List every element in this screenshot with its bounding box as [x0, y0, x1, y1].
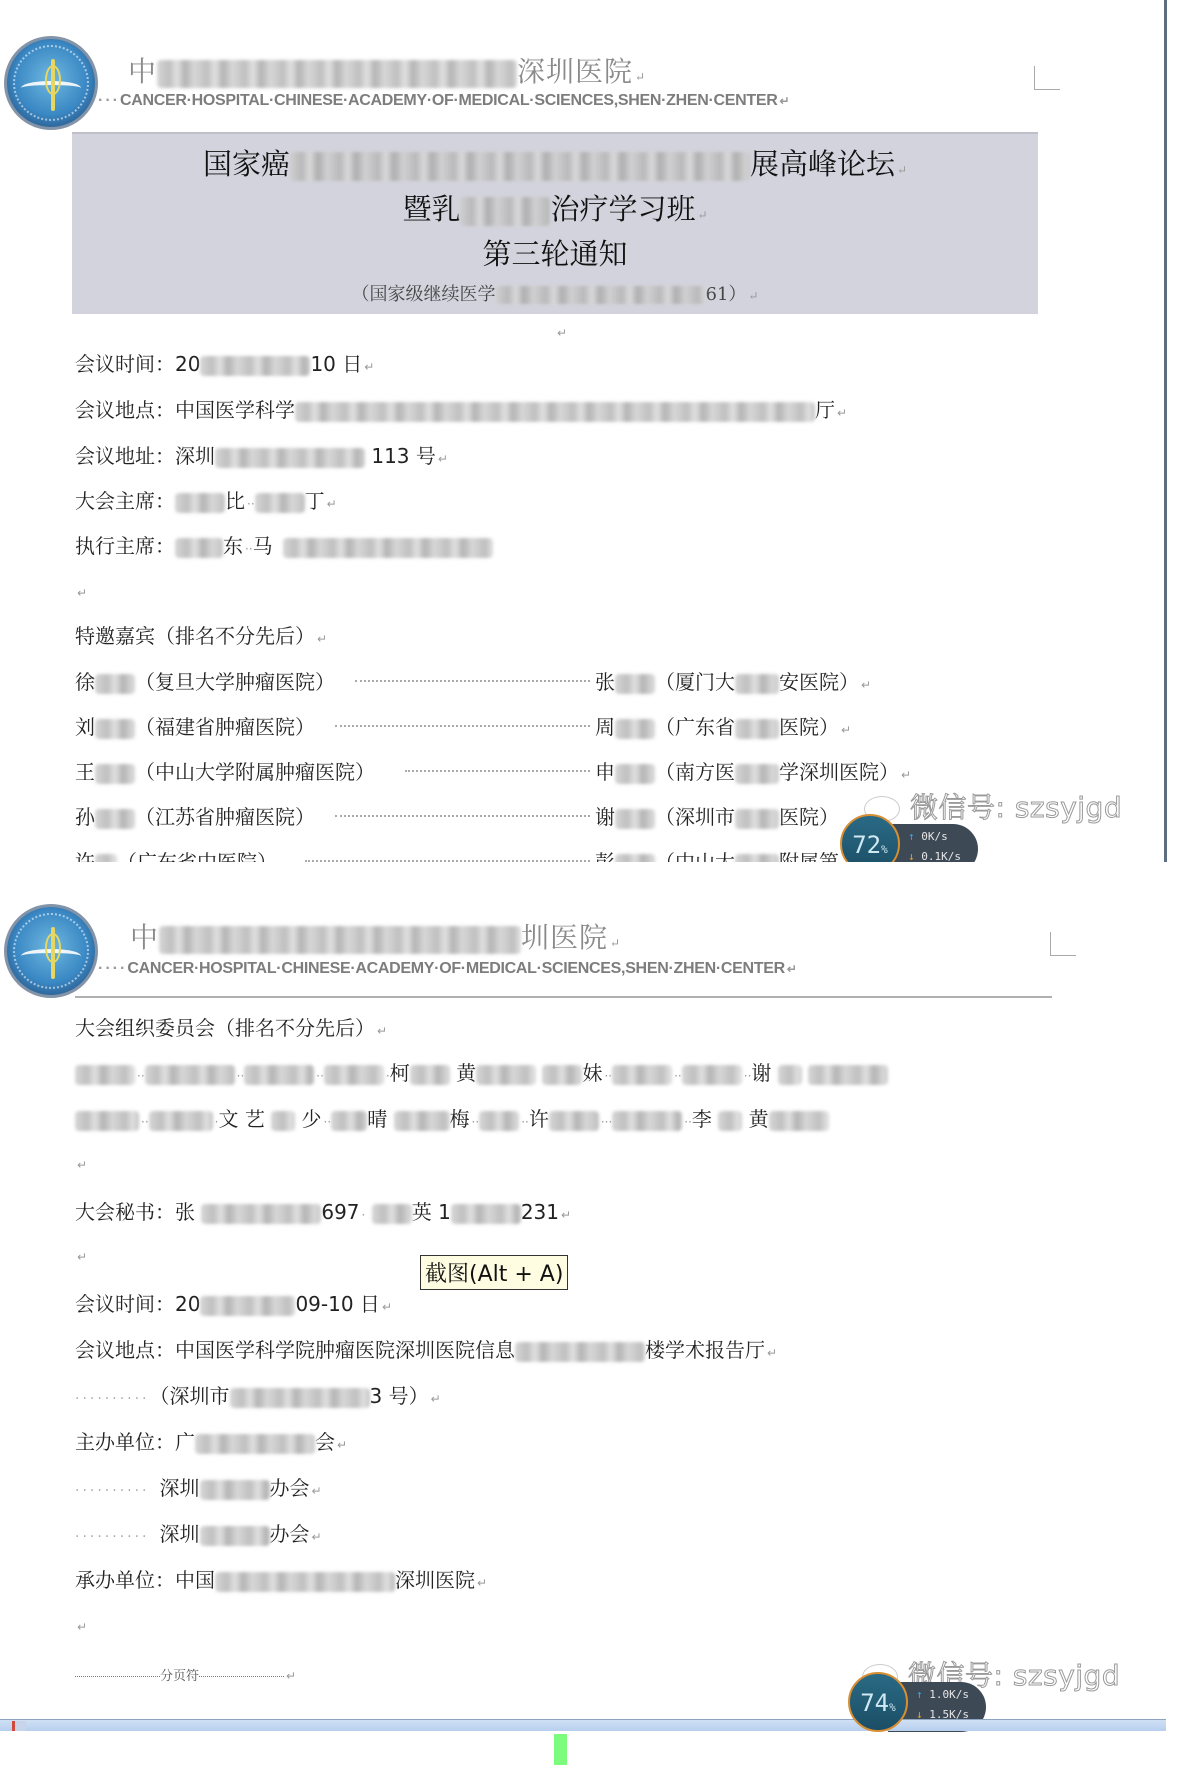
header-hospital-name-en: ····CANCER·HOSPITAL·CHINESE·ACADEMY·OF·M…	[98, 960, 797, 978]
paragraph-mark: ↵	[75, 1242, 87, 1266]
header-hospital-name-cn: 中深圳医院↵	[128, 50, 646, 90]
upload-arrow-icon: ↑	[908, 830, 915, 843]
wechat-watermark: 微信号: szsyjgd	[864, 786, 1122, 826]
header-rule	[75, 996, 1052, 998]
organizer-line: 主办单位：广会↵	[75, 1426, 347, 1455]
memory-gauge: 74%	[848, 1672, 908, 1732]
committee-row-2: ···文 艺 少··晴 梅····许·····李 黄	[75, 1103, 829, 1132]
hospital-logo-icon	[4, 904, 98, 998]
progress-indicator	[554, 1734, 567, 1765]
meeting-address-line: 会议地址：深圳 113 号↵	[75, 440, 448, 469]
app-icon[interactable]	[12, 1721, 26, 1731]
document-page-1: 中深圳医院↵ ···CANCER·HOSPITAL·CHINESE·ACADEM…	[0, 0, 1181, 862]
notice-title-box: 国家癌展高峰论坛↵ 暨乳治疗学习班↵ 第三轮通知 （国家级继续医学61）↵	[72, 132, 1038, 314]
screenshot-shortcut-tooltip: 截图(Alt + A)	[420, 1255, 568, 1290]
status-bar	[0, 1719, 1166, 1731]
paragraph-mark: ↵	[75, 578, 87, 602]
secretary-line: 大会秘书：张 697· 英 1231↵	[75, 1196, 571, 1225]
title-line-3: 第三轮通知	[72, 232, 1038, 273]
hospital-logo-icon	[4, 36, 98, 130]
title-line-4: （国家级继续医学61）↵	[72, 280, 1038, 306]
guest-row: 王（中山大学附属肿瘤医院） 申（南方医学深圳医院）↵	[75, 756, 1055, 786]
header-hospital-name-cn: 中圳医院↵	[130, 916, 621, 956]
title-line-1: 国家癌展高峰论坛↵	[72, 142, 1038, 183]
crop-mark	[1034, 66, 1060, 90]
title-line-2: 暨乳治疗学习班↵	[72, 187, 1038, 228]
meeting-venue-line: 会议地点：中国医学科学院肿瘤医院深圳医院信息楼学术报告厅↵	[75, 1334, 777, 1363]
host-line: 承办单位：中国深圳医院↵	[75, 1564, 487, 1593]
upload-arrow-icon: ↑	[916, 1688, 923, 1701]
organizer-line-3: ··········深圳办会↵	[75, 1518, 322, 1547]
guest-row: 刘（福建省肿瘤医院） 周（广东省医院）↵	[75, 711, 1055, 741]
paragraph-mark: ↵	[75, 1150, 87, 1174]
guests-heading: 特邀嘉宾（排名不分先后）↵	[75, 620, 327, 649]
committee-heading: 大会组织委员会（排名不分先后）↵	[75, 1012, 387, 1041]
exec-chairman-line: 执行主席：东··马	[75, 530, 493, 559]
meeting-time-line: 会议时间：2009-10 日↵	[75, 1288, 392, 1317]
header-hospital-name-en: ···CANCER·HOSPITAL·CHINESE·ACADEMY·OF·ME…	[98, 92, 789, 110]
venue-address-line: ··········（深圳市3 号）↵	[75, 1380, 441, 1409]
committee-row-1: ·······柯 黄 妹······谢	[75, 1057, 888, 1086]
chairman-line: 大会主席：比··丁↵	[75, 485, 337, 514]
download-arrow-icon: ↓	[908, 850, 915, 862]
organizer-line-2: ··········深圳办会↵	[75, 1472, 322, 1501]
meeting-time-line: 会议时间：2010 日↵	[75, 348, 374, 377]
crop-mark	[1050, 932, 1076, 956]
paragraph-mark: ↵	[75, 1612, 87, 1636]
paragraph-mark: ↵	[555, 318, 567, 342]
meeting-venue-line: 会议地点：中国医学科学厅↵	[75, 394, 847, 423]
guest-row: 徐（复旦大学肿瘤医院） 张（厦门大安医院）↵	[75, 666, 1055, 696]
window-edge	[1164, 0, 1167, 862]
page-break-marker: 分页符↵	[75, 1665, 296, 1684]
